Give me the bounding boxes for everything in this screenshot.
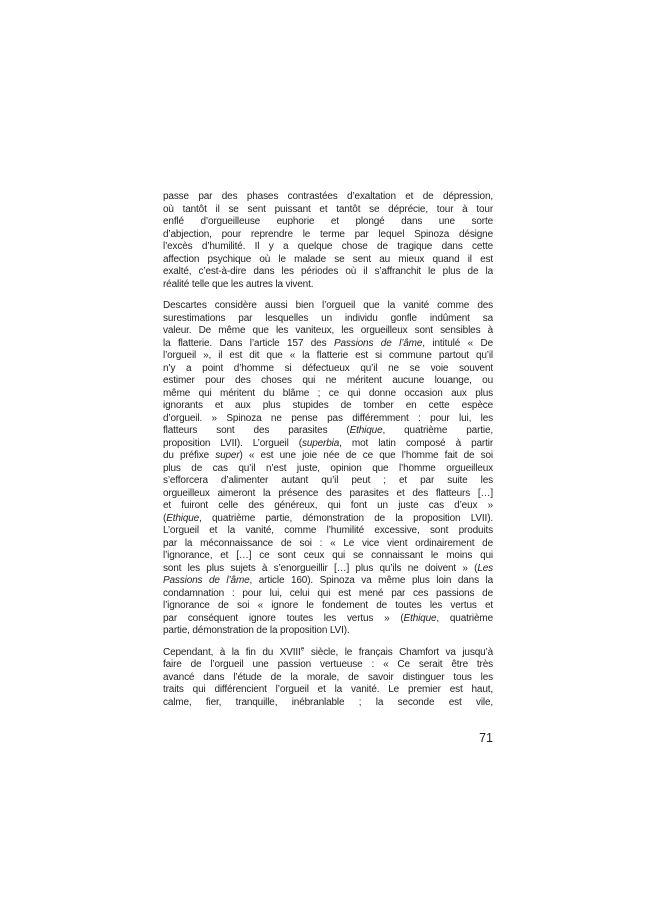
text-line: d’orgueil. » Spinoza ne pense pas différ… [163, 413, 493, 426]
text-line: Cependant, à la fin du XVIIIe siècle, le… [163, 647, 493, 660]
text-line: par la méconnaissance de soi : « Le vice… [163, 538, 493, 551]
text-line: par conséquent ignore toutes les vertus … [163, 613, 493, 626]
text-line: flatteurs sont des parasites (Éthique, q… [163, 425, 493, 438]
text-line: partie, démonstration de la proposition … [163, 625, 493, 638]
text-line: orgueilleux aimeront la présence des par… [163, 488, 493, 501]
text-line: s’efforcera d’alimenter autant qu’il peu… [163, 475, 493, 488]
text-line: l’ignorance, et […] ce sont ceux qui se … [163, 550, 493, 563]
text-line: même qui méritent du blâme ; ce qui donn… [163, 388, 493, 401]
text-line: enflé d’orgueilleuse euphorie et plongé … [163, 216, 493, 229]
text-line: et fuiront celle des généreux, qui font … [163, 500, 493, 513]
text-line: traits qui différencient l’orgueil et la… [163, 684, 493, 697]
text-line: plus de cas qu’il n’est juste, opinion q… [163, 463, 493, 476]
text-line: proposition LVII). L’orgueil (superbia, … [163, 438, 493, 451]
text-line: l’ignorance de soi « ignore le fondement… [163, 600, 493, 613]
text-line: Passions de l’âme, article 160). Spinoza… [163, 575, 493, 588]
text-line: ignorants et aux plus stupides de tomber… [163, 400, 493, 413]
text-line: n’y a point d’homme si défectueux qu’il … [163, 363, 493, 376]
text-line: du préfixe super) « est une joie née de … [163, 450, 493, 463]
paragraphs-container: passe par des phases contrastées d’exalt… [163, 191, 493, 709]
text-line: affection psychique où le malade se sent… [163, 254, 493, 267]
text-line: passe par des phases contrastées d’exalt… [163, 191, 493, 204]
text-line: avancé dans l’étude de la morale, de sav… [163, 672, 493, 685]
text-line: valeur. De même que les vaniteux, les or… [163, 325, 493, 338]
body-text: passe par des phases contrastées d’exalt… [163, 191, 493, 745]
text-line: Descartes considère aussi bien l’orgueil… [163, 300, 493, 313]
text-line: (Éthique, quatrième partie, démonstratio… [163, 513, 493, 526]
text-line: l’excès d’humilité. Il y a quelque chose… [163, 241, 493, 254]
paragraph: Descartes considère aussi bien l’orgueil… [163, 300, 493, 638]
text-line: où tantôt il se sent puissant et tantôt … [163, 204, 493, 217]
document-page: passe par des phases contrastées d’exalt… [0, 0, 650, 920]
paragraph: passe par des phases contrastées d’exalt… [163, 191, 493, 291]
text-line: exalté, c’est-à-dire dans les périodes o… [163, 266, 493, 279]
text-line: calme, fier, tranquille, inébranlable ; … [163, 697, 493, 710]
text-line: L’orgueil et la vanité, comme l’humilité… [163, 525, 493, 538]
page-number: 71 [163, 731, 493, 745]
text-line: réalité telle que les autres la vivent. [163, 279, 493, 292]
text-line: l’orgueil », il est dit que « la flatter… [163, 350, 493, 363]
text-line: sont les plus sujets à s’enorgueillir […… [163, 563, 493, 576]
text-line: faire de l’orgueil une passion vertueuse… [163, 659, 493, 672]
text-line: condamnation : pour lui, celui qui est m… [163, 588, 493, 601]
text-line: surestimations par lesquelles un individ… [163, 313, 493, 326]
text-line: estimer pour des choses qui ne méritent … [163, 375, 493, 388]
text-line: la flatterie. Dans l’article 157 des Pas… [163, 338, 493, 351]
paragraph: Cependant, à la fin du XVIIIe siècle, le… [163, 647, 493, 710]
text-line: d’abjection, pour reprendre le terme par… [163, 229, 493, 242]
